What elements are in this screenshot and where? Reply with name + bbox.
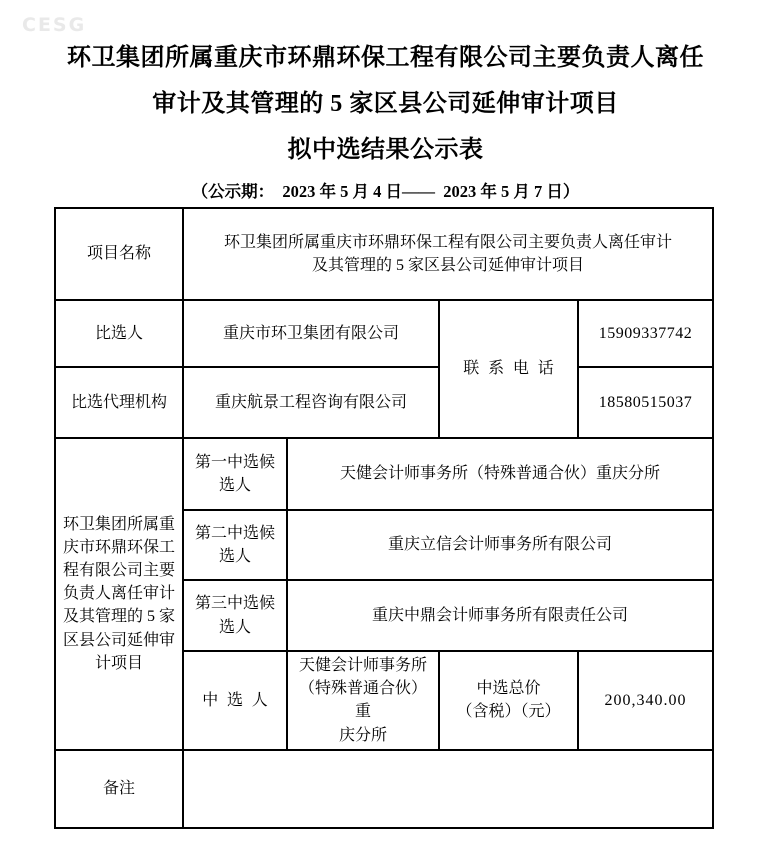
winner-label-text: 中选人 xyxy=(202,692,276,709)
project-name-value: 环卫集团所属重庆市环鼎环保工程有限公司主要负责人离任审计 及其管理的 5 家区县… xyxy=(183,208,713,300)
contact-phone-label: 联系电话 xyxy=(439,300,578,438)
bidder-value: 重庆市环卫集团有限公司 xyxy=(183,300,439,367)
winner-label: 中选人 xyxy=(183,651,287,750)
result-table: 项目名称 环卫集团所属重庆市环鼎环保工程有限公司主要负责人离任审计 及其管理的 … xyxy=(54,207,714,829)
table-row: 比选代理机构 重庆航景工程咨询有限公司 18580515037 xyxy=(55,367,713,438)
bidder-phone: 15909337742 xyxy=(578,300,713,367)
title-line-1: 环卫集团所属重庆市环鼎环保工程有限公司主要负责人离任 xyxy=(0,35,771,81)
remarks-label: 备注 xyxy=(55,750,183,828)
candidate-2-rank: 第二中选候 选人 xyxy=(183,510,287,580)
candidate-2-name: 重庆立信会计师事务所有限公司 xyxy=(287,510,713,580)
title-line-3: 拟中选结果公示表 xyxy=(0,127,771,173)
page-title: 环卫集团所属重庆市环鼎环保工程有限公司主要负责人离任 审计及其管理的 5 家区县… xyxy=(0,35,771,173)
candidate-1-rank: 第一中选候 选人 xyxy=(183,438,287,510)
winner-name: 天健会计师事务所 （特殊普通合伙）重 庆分所 xyxy=(287,651,439,750)
table-row: 备注 xyxy=(55,750,713,828)
agency-value: 重庆航景工程咨询有限公司 xyxy=(183,367,439,438)
candidate-3-rank: 第三中选候 选人 xyxy=(183,580,287,651)
winner-price: 200,340.00 xyxy=(578,651,713,750)
title-line-2: 审计及其管理的 5 家区县公司延伸审计项目 xyxy=(0,81,771,127)
table-row: 环卫集团所属重 庆市环鼎环保工 程有限公司主要 负责人离任审计 及其管理的 5 … xyxy=(55,438,713,510)
watermark-text: CESG xyxy=(22,14,86,36)
remarks-value xyxy=(183,750,713,828)
notice-period: （公示期： 2023 年 5 月 4 日—— 2023 年 5 月 7 日） xyxy=(0,181,771,203)
project-span-cell: 环卫集团所属重 庆市环鼎环保工 程有限公司主要 负责人离任审计 及其管理的 5 … xyxy=(55,438,183,750)
winner-price-label: 中选总价 （含税）（元） xyxy=(439,651,578,750)
table-row: 项目名称 环卫集团所属重庆市环鼎环保工程有限公司主要负责人离任审计 及其管理的 … xyxy=(55,208,713,300)
contact-phone-label-text: 联系电话 xyxy=(463,360,562,377)
project-name-label: 项目名称 xyxy=(55,208,183,300)
bidder-label: 比选人 xyxy=(55,300,183,367)
agency-phone: 18580515037 xyxy=(578,367,713,438)
agency-label: 比选代理机构 xyxy=(55,367,183,438)
candidate-3-name: 重庆中鼎会计师事务所有限责任公司 xyxy=(287,580,713,651)
candidate-1-name: 天健会计师事务所（特殊普通合伙）重庆分所 xyxy=(287,438,713,510)
table-row: 比选人 重庆市环卫集团有限公司 联系电话 15909337742 xyxy=(55,300,713,367)
